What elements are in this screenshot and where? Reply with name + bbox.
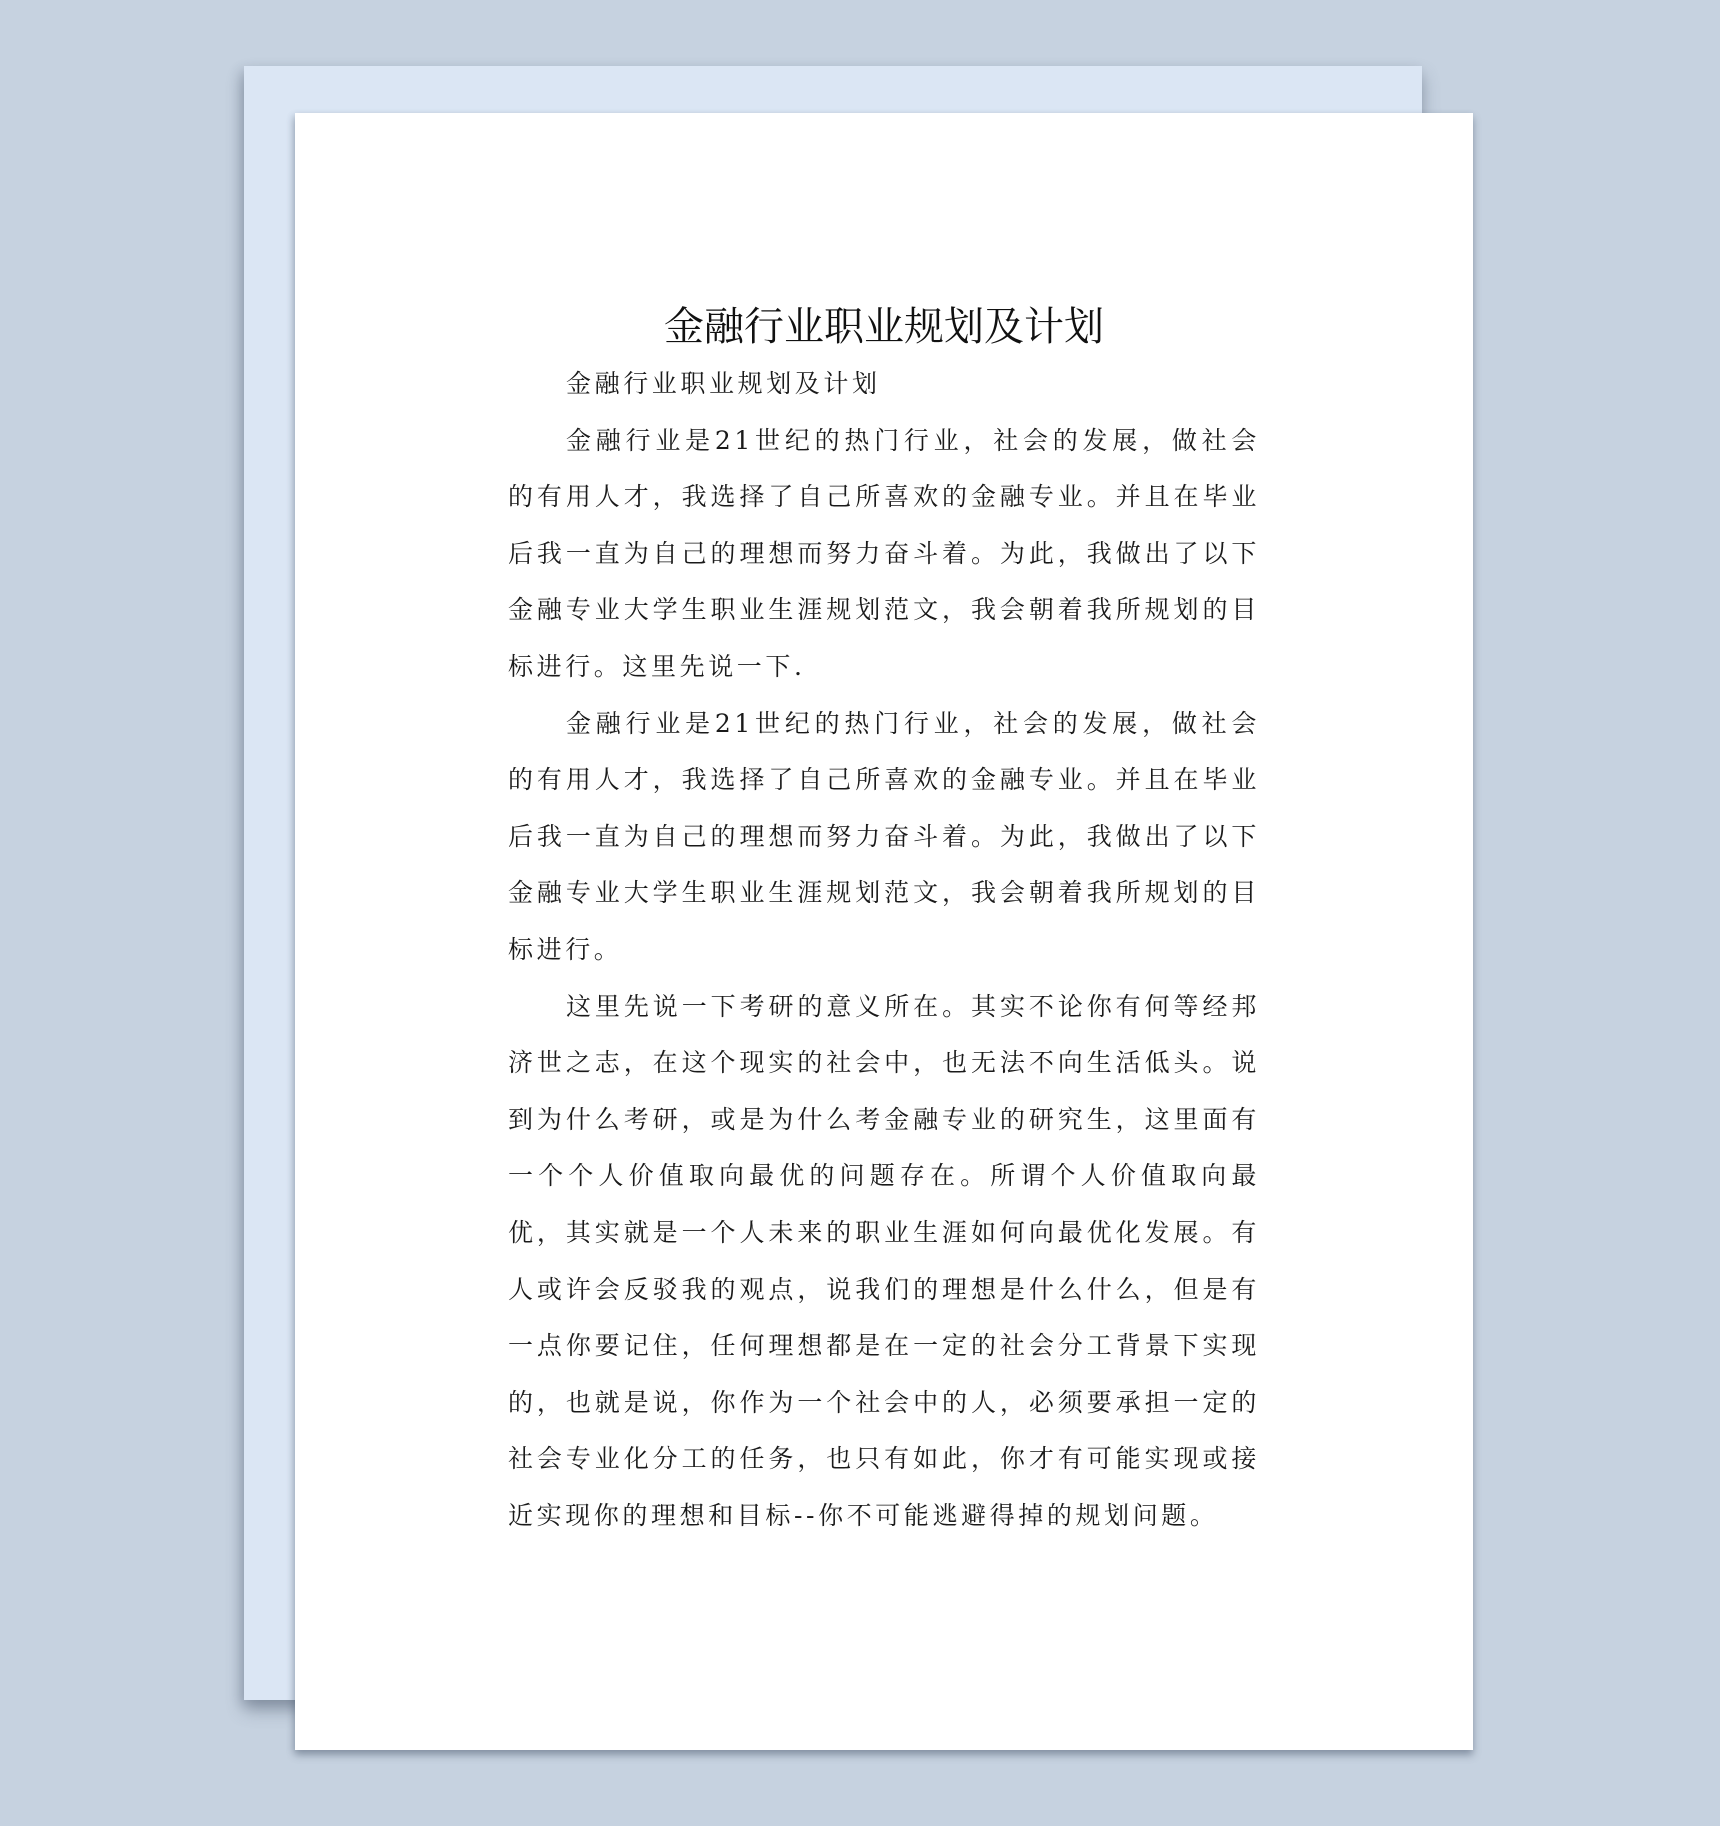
body-paragraph: 金融行业是21世纪的热门行业，社会的发展，做社会的有用人才，我选择了自己所喜欢的… [508,696,1260,979]
document-title: 金融行业职业规划及计划 [295,302,1473,352]
body-paragraph: 这里先说一下考研的意义所在。其实不论你有何等经邦济世之志，在这个现实的社会中，也… [508,979,1260,1545]
subtitle-paragraph: 金融行业职业规划及计划 [508,356,1260,413]
body-paragraph: 金融行业是21世纪的热门行业，社会的发展，做社会的有用人才，我选择了自己所喜欢的… [508,413,1260,696]
document-body: 金融行业职业规划及计划 金融行业是21世纪的热门行业，社会的发展，做社会的有用人… [508,356,1260,1544]
